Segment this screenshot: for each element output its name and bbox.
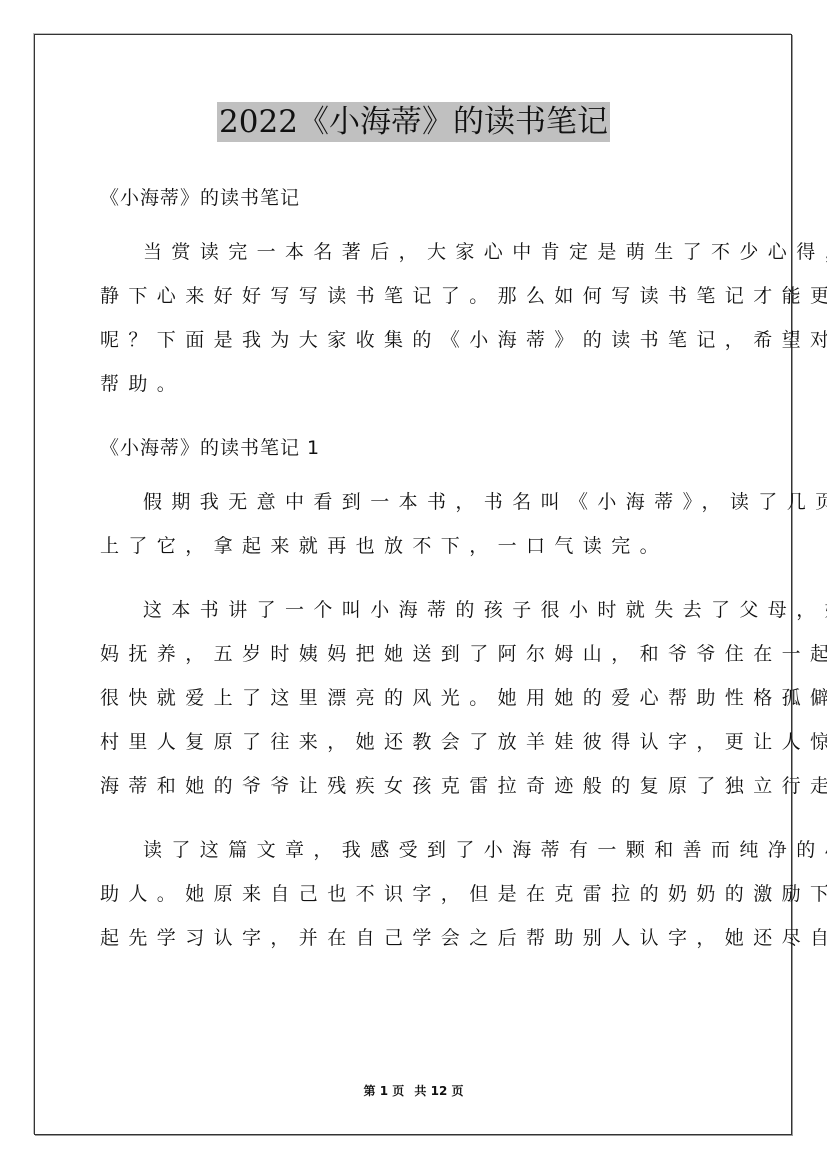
paragraph-line: 起先学习认字，并在自己学会之后帮助别人认字，她还尽自己所能帮 (100, 916, 730, 960)
page-footer: 第 1 页 共 12 页 (0, 1082, 827, 1099)
paragraph-line: 妈抚养，五岁时姨妈把她送到了阿尔姆山，和爷爷住在一起。小海蒂 (100, 632, 730, 676)
spacer (100, 470, 730, 480)
spacer (100, 808, 730, 828)
title-container: 2022《小海蒂》的读书笔记 (0, 102, 827, 142)
paragraph-3: 读了这篇文章，我感受到了小海蒂有一颗和善而纯净的心，乐于 助人。她原来自己也不识… (100, 828, 730, 960)
paragraph-2: 这本书讲了一个叫小海蒂的孩子很小时就失去了父母，始终由姨 妈抚养，五岁时姨妈把她… (100, 588, 730, 808)
paragraph-line: 假期我无意中看到一本书，书名叫《小海蒂》，读了几页我就喜爱 (100, 480, 730, 524)
spacer (100, 568, 730, 588)
page-number-current: 第 1 页 (364, 1084, 405, 1098)
document-title: 2022《小海蒂》的读书笔记 (217, 102, 610, 142)
paragraph-line: 上了它，拿起来就再也放不下，一口气读完。 (100, 524, 730, 568)
paragraph-line: 海蒂和她的爷爷让残疾女孩克雷拉奇迹般的复原了独立行走的实力。 (100, 764, 730, 808)
intro-paragraph: 当赏读完一本名著后，大家心中肯定是萌生了不少心得，是时候 静下心来好好写写读书笔… (100, 230, 730, 406)
paragraph-line: 读了这篇文章，我感受到了小海蒂有一颗和善而纯净的心，乐于 (100, 828, 730, 872)
paragraph-line: 呢？下面是我为大家收集的《小海蒂》的读书笔记，希望对大家有所 (100, 318, 730, 362)
paragraph-line: 助人。她原来自己也不识字，但是在克雷拉的奶奶的激励下，她重新 (100, 872, 730, 916)
paragraph-1: 假期我无意中看到一本书，书名叫《小海蒂》，读了几页我就喜爱 上了它，拿起来就再也… (100, 480, 730, 568)
page-number-total: 共 12 页 (414, 1084, 463, 1098)
paragraph-line: 很快就爱上了这里漂亮的风光。她用她的爱心帮助性格孤僻的爷爷和 (100, 676, 730, 720)
paragraph-line: 这本书讲了一个叫小海蒂的孩子很小时就失去了父母，始终由姨 (100, 588, 730, 632)
document-subtitle: 《小海蒂》的读书笔记 (100, 176, 730, 220)
section-heading: 《小海蒂》的读书笔记 1 (100, 426, 730, 470)
paragraph-line: 静下心来好好写写读书笔记了。那么如何写读书笔记才能更有感染力 (100, 274, 730, 318)
paragraph-line: 帮助。 (100, 362, 730, 406)
paragraph-line: 村里人复原了往来，她还教会了放羊娃彼得认字，更让人惊异的是小 (100, 720, 730, 764)
paragraph-line: 当赏读完一本名著后，大家心中肯定是萌生了不少心得，是时候 (100, 230, 730, 274)
spacer (100, 406, 730, 426)
spacer (100, 220, 730, 230)
document-body: 《小海蒂》的读书笔记 当赏读完一本名著后，大家心中肯定是萌生了不少心得，是时候 … (100, 176, 730, 960)
